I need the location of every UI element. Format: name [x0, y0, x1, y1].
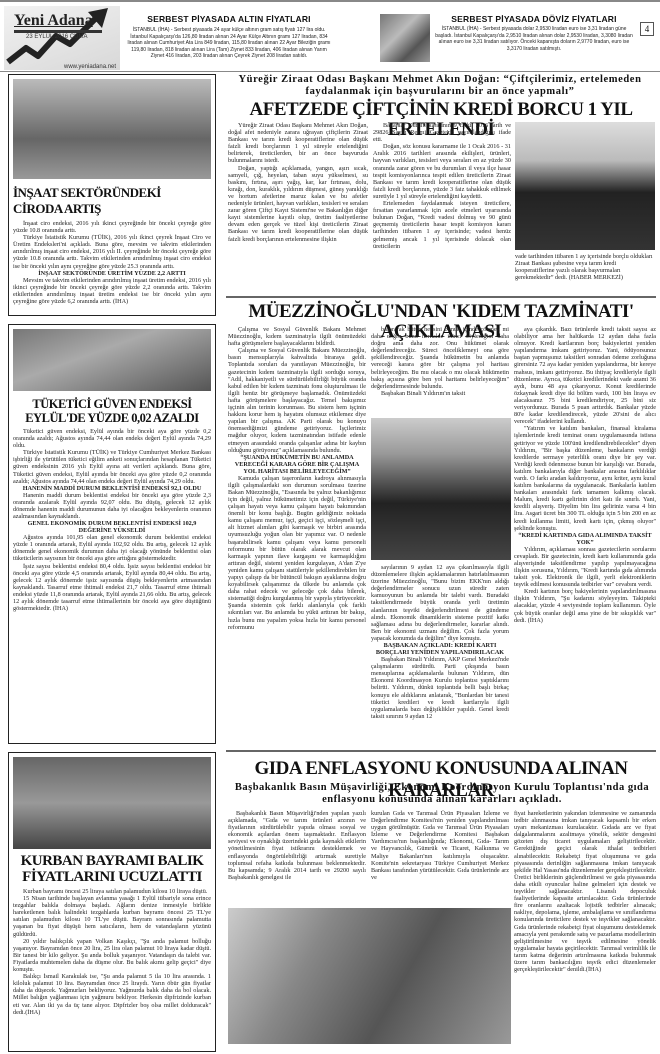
construction-body: İnşaat ciro endeksi, 2016 yılı ikinci çe…	[13, 220, 211, 305]
fx-prices-title: SERBEST PİYASADA DÖVİZ FİYATLARI	[434, 14, 634, 24]
paragraph: Çalışma ve Sosyal Güvenlik Bakanı Mehmet…	[228, 326, 366, 347]
paragraph: Yıldırım, açıklaması sonrası gazeteciler…	[514, 546, 656, 589]
page-number: 4	[640, 22, 654, 36]
gold-bars-photo	[380, 14, 430, 62]
subhead: “KREDİ KARTINDA GIDA ALIMINDA TAKSİT YOK…	[514, 532, 656, 546]
fish-prices-body: Kurban bayramı öncesi 25 liraya satılan …	[13, 888, 211, 1016]
gold-prices-title: SERBEST PİYASADA ALTIN FİYATLARI	[124, 14, 334, 24]
paragraph: başararak bütün hepsini bunun içinde çöz…	[371, 326, 509, 390]
paragraph: aya çıkardık. Bazı ürünlerde kredi taksi…	[514, 326, 656, 425]
paragraph: İnşaat ciro endeksi, 2016 yılı ikinci çe…	[13, 220, 211, 234]
gida-col-3: fiyat hareketlerinin yakından izlenmesin…	[514, 810, 656, 973]
paragraph: 15 Nisan tarihinde başlayan avlanma yasa…	[13, 895, 211, 938]
paragraph: Hanenin maddi durum beklentisi endeksi b…	[13, 492, 211, 520]
paragraph: Çalışma ve Sosyal Güvenlik Bakanı Müezzi…	[228, 347, 366, 453]
kidem-col-1: Çalışma ve Sosyal Güvenlik Bakanı Mehmet…	[228, 326, 366, 631]
paragraph: Kamuda çalışan taşeronların kadroya alın…	[228, 475, 366, 631]
consumer-confidence-body: Tüketici güven endeksi, Eylül ayında bir…	[13, 428, 211, 612]
kidem-col-3: aya çıkardık. Bazı ürünlerde kredi taksi…	[514, 326, 656, 624]
subhead: BAŞBAKAN AÇIKLADI: KREDİ KARTI BORÇLARI …	[371, 642, 509, 656]
construction-headline: İNŞAAT SEKTÖRÜNDEKİ CİRODA ARTIŞ	[13, 185, 211, 217]
fish-market-photo	[13, 757, 211, 849]
shopping-cart-photo	[13, 329, 211, 391]
kidem-col-2-top: başararak bütün hepsini bunun içinde çöz…	[371, 326, 509, 397]
issue-date: 23 EYLÜL 2016 CUMA	[26, 34, 87, 40]
afetzede-col-1: Yüreğir Ziraat Odası Başkanı Mehmet Akın…	[228, 122, 368, 243]
logo[interactable]: Yeni Adana 23 EYLÜL 2016 CUMA www.yeniad…	[4, 6, 120, 70]
gold-prices-box: SERBEST PİYASADA ALTIN FİYATLARI İSTANBU…	[124, 14, 334, 60]
paragraph: "Yatırım ve katılım bankaları, finansal …	[514, 425, 656, 531]
paragraph: Doğan, söz konusu kararname ile 1 Ocak 2…	[373, 143, 511, 200]
paragraph: Doğan, yaptığı açıklamada, yangın, aşırı…	[228, 165, 368, 243]
paragraph: Balıkçı İsmail Karakulak ise, "Şu anda p…	[13, 973, 211, 1016]
consumer-confidence-headline: TÜKETİCİ GÜVEN ENDEKSİ EYLÜL'DE YÜZDE 0,…	[13, 397, 211, 425]
mehmet-akin-dogan-photo	[515, 122, 655, 250]
paragraph: Kurban bayramı öncesi 25 liraya satılan …	[13, 888, 211, 895]
divider	[226, 296, 656, 298]
market-inspection-photo	[228, 908, 511, 1044]
fish-prices-headline: KURBAN BAYRAMI BALIK FİYATLARINI UCUZLAT…	[13, 853, 211, 885]
gida-subhead: Başbakanlık Basın Müşavirliği, Ekonomi K…	[228, 782, 656, 806]
afetzede-kicker: Yüreğir Ziraat Odası Başkanı Mehmet Akın…	[226, 74, 654, 98]
subhead: “ŞUANDA HÜKÜMETİN BU ANLAMDA VERECEĞİ KA…	[228, 454, 366, 475]
paragraph: Bakanlar Kurulu kararının 9 Eylül 2016 t…	[373, 122, 511, 143]
paragraph: Ertelemeden faydalanmak isteyen üreticil…	[373, 200, 511, 250]
afetzede-col-3: vade tarihinden itibaren 1 ay içerisinde…	[515, 253, 655, 281]
muezzinoglu-photo	[371, 418, 511, 560]
paragraph: sayılarının 9 aydan 12 aya çıkarılmasıyl…	[371, 564, 509, 642]
paragraph: İşsiz sayısı beklentisi endeksi 80,4 old…	[13, 563, 211, 613]
paragraph: Başbakan Binali Yıldırım'ın taksit	[371, 390, 509, 397]
paragraph: Yüreğir Ziraat Odası Başkanı Mehmet Akın…	[228, 122, 368, 165]
divider	[226, 750, 656, 752]
consumer-confidence-story: TÜKETİCİ GÜVEN ENDEKSİ EYLÜL'DE YÜZDE 0,…	[8, 324, 216, 744]
logo-bar	[14, 30, 102, 33]
logo-title: Yeni Adana	[14, 12, 93, 30]
fx-prices-text: İSTANBUL (İHA) - Serbest piyasada dolar …	[434, 26, 634, 52]
paragraph: Başbakan Binali Yıldırım, AKP Genel Merk…	[371, 656, 509, 720]
gida-col-2: kurulan Gıda ve Tarımsal Ürün Piyasaları…	[371, 810, 509, 881]
kidem-col-2-bottom: sayılarının 9 aydan 12 aya çıkarılmasıyl…	[371, 564, 509, 720]
paragraph: Türkiye İstatistik Kurumu (TÜİK), 2016 y…	[13, 234, 211, 269]
construction-photo	[13, 79, 211, 179]
gold-prices-text: İSTANBUL (İHA) - Serbest piyasada 24 aya…	[124, 27, 334, 60]
construction-story: İNŞAAT SEKTÖRÜNDEKİ CİRODA ARTIŞ İnşaat …	[8, 74, 216, 316]
paragraph: Mevsim ve takvim etkilerinden arındırılm…	[13, 277, 211, 305]
gida-col-1: Başbakanlık Basın Müşavirliği'nden yapıl…	[228, 810, 366, 881]
subhead: İNŞAAT SEKTÖRÜNDE ÜRETİM YÜZDE 2,2 ARTTI	[13, 270, 211, 277]
paragraph: Türkiye İstatistik Kurumu (TÜİK) ve Türk…	[13, 449, 211, 484]
subhead: GENEL EKONOMİK DURUM BEKLENTİSİ ENDEKSİ …	[13, 520, 211, 534]
afetzede-col-2: Bakanlar Kurulu kararının 9 Eylül 2016 t…	[373, 122, 511, 250]
fish-prices-story: KURBAN BAYRAMI BALIK FİYATLARINI UCUZLAT…	[8, 752, 216, 1052]
paragraph: Ağustos ayında 101,95 olan genel ekonomi…	[13, 534, 211, 562]
paragraph: Kredi kartının borç bakiyelerinin yapıla…	[514, 588, 656, 623]
paragraph: 20 yıldır balıkçılık yapan Volkan Kaşıkç…	[13, 938, 211, 973]
fx-prices-box: SERBEST PİYASADA DÖVİZ FİYATLARI İSTANBU…	[434, 14, 634, 52]
subhead: HANENİN MADDİ DURUM BEKLENTİSİ ENDEKSİ 9…	[13, 485, 211, 492]
paragraph: Tüketici güven endeksi, Eylül ayında bir…	[13, 428, 211, 449]
website-link[interactable]: www.yeniadana.net	[64, 64, 116, 70]
